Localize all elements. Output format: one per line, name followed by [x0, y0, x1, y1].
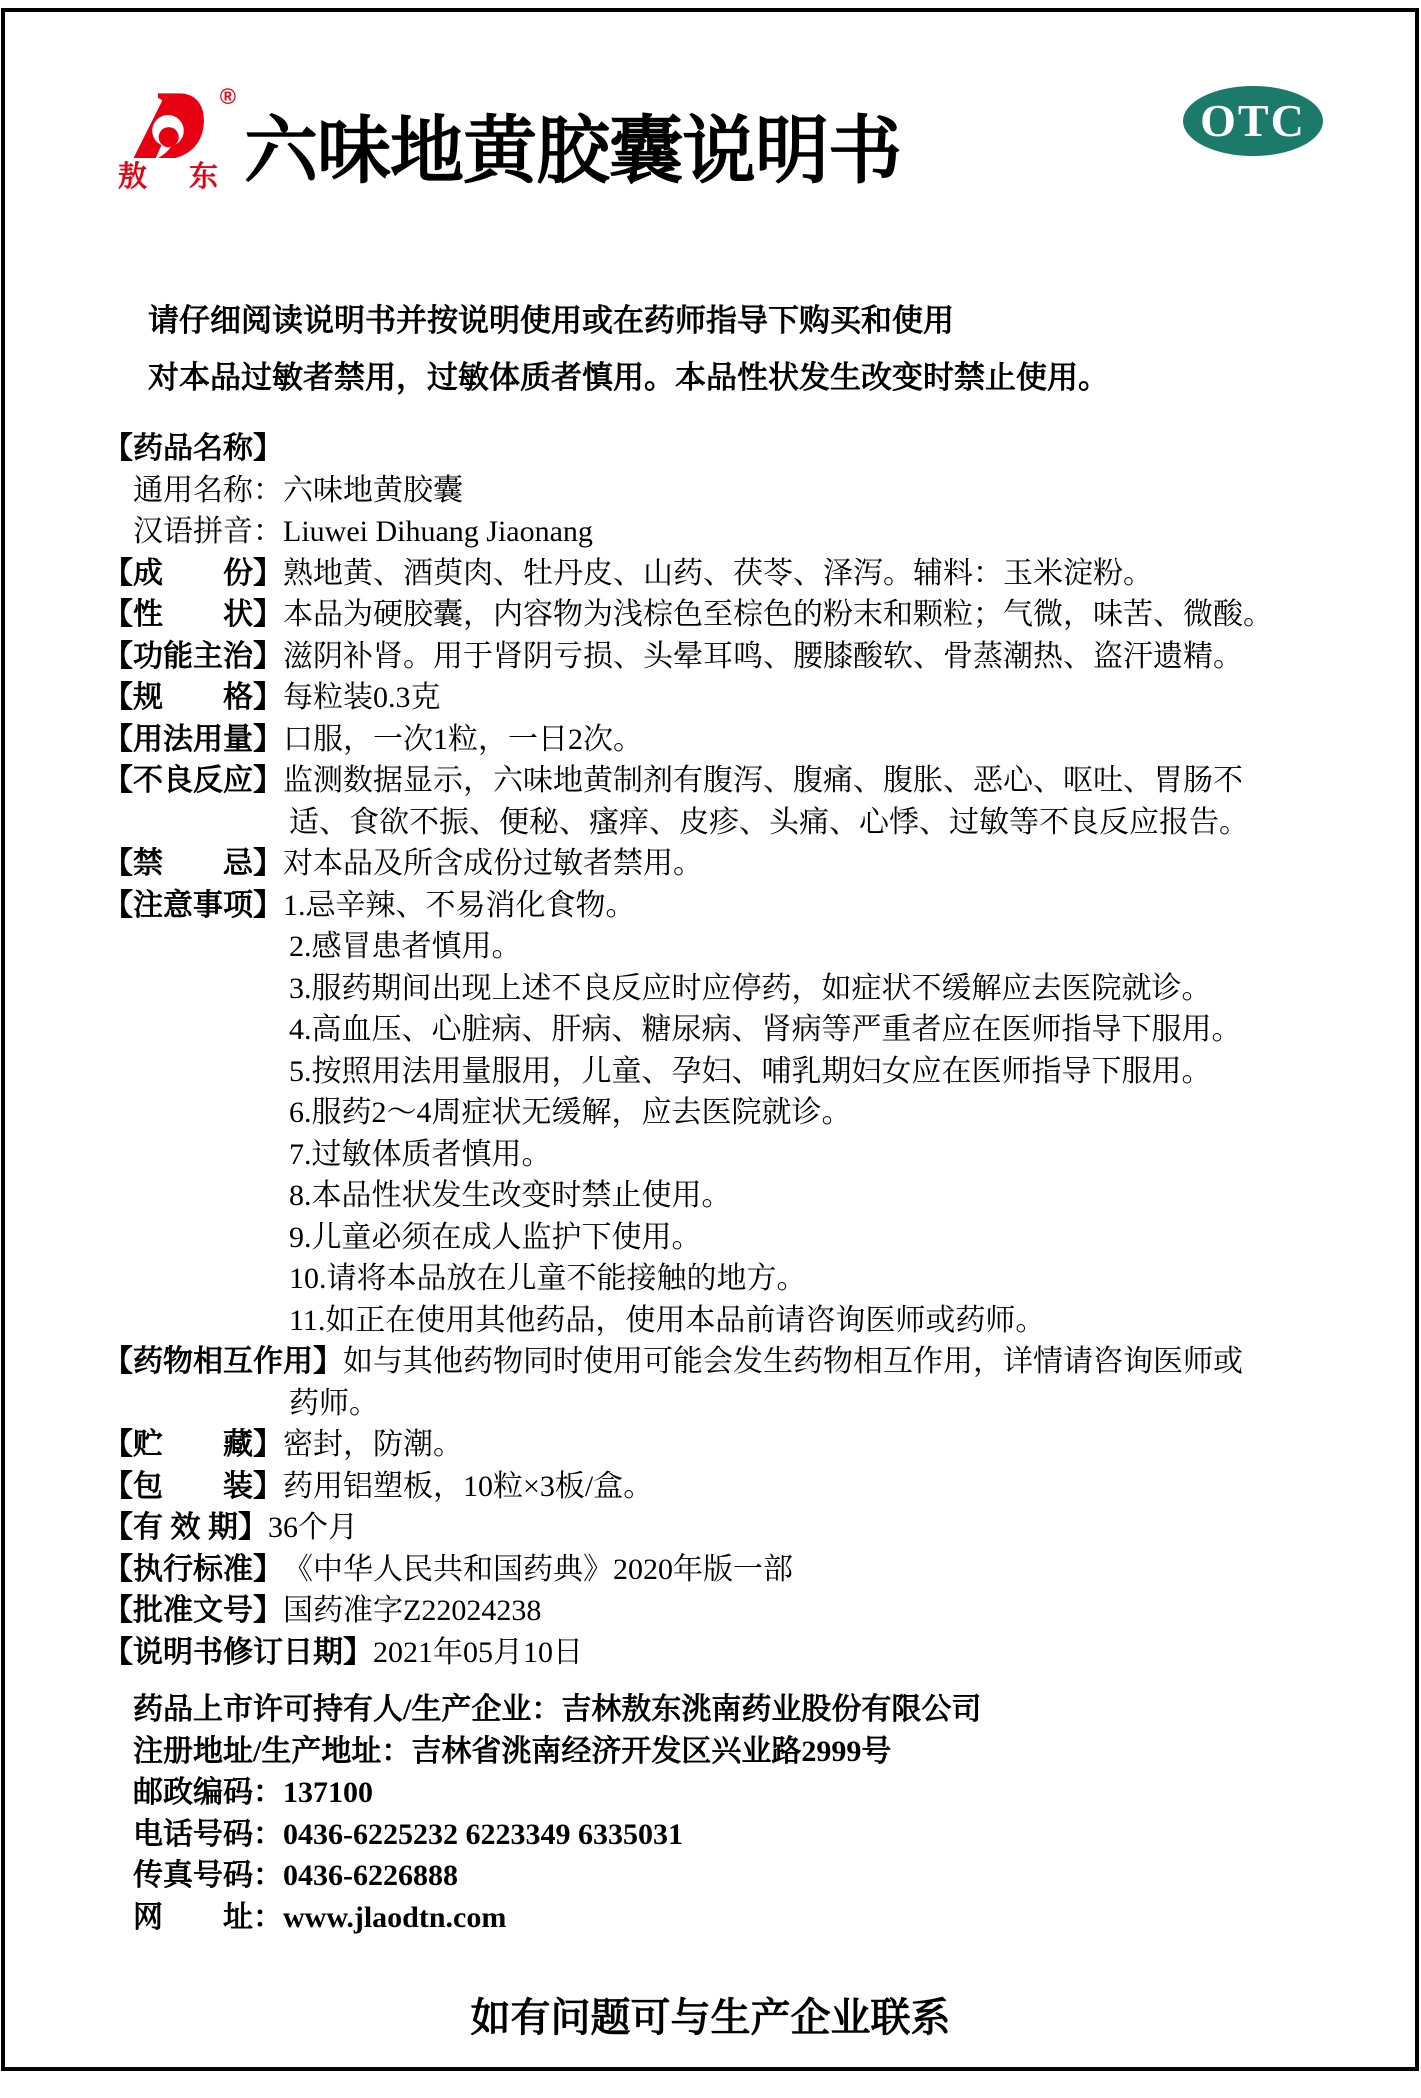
manufacturer-phone: 电话号码：0436-6225232 6223349 6335031	[133, 1814, 1381, 1856]
section-label: 【注意事项】	[103, 885, 283, 927]
precaution-item: 2.感冒患者慎用。	[289, 926, 1381, 968]
section-text: 本品为硬胶囊，内容物为浅棕色至棕色的粉末和颗粒；气微，味苦、微酸。	[283, 594, 1273, 636]
section-label: 【批准文号】	[103, 1590, 283, 1632]
section-text-continued: 药师。	[289, 1383, 1381, 1425]
precaution-item: 7.过敏体质者慎用。	[289, 1134, 1381, 1176]
section-text: 熟地黄、酒萸肉、牡丹皮、山药、茯苓、泽泻。辅料：玉米淀粉。	[283, 553, 1153, 595]
precaution-item: 11.如正在使用其他药品，使用本品前请咨询医师或药师。	[289, 1300, 1381, 1342]
manufacturer-info: 药品上市许可持有人/生产企业：吉林敖东洮南药业股份有限公司 注册地址/生产地址：…	[103, 1689, 1381, 1938]
section-functions: 【功能主治】 滋阴补肾。用于肾阴亏损、头晕耳鸣、腰膝酸软、骨蒸潮热、盗汗遗精。	[103, 636, 1381, 678]
section-label: 【药物相互作用】	[103, 1341, 343, 1383]
section-text: 如与其他药物同时使用可能会发生药物相互作用，详情请咨询医师或	[343, 1341, 1243, 1383]
section-text: 口服，一次1粒，一日2次。	[283, 719, 643, 761]
section-label: 【执行标准】	[103, 1549, 283, 1591]
aodong-monogram-icon	[118, 92, 218, 158]
section-approval-number: 【批准文号】 国药准字Z22024238	[103, 1590, 1381, 1632]
section-text: 每粒装0.3克	[283, 677, 441, 719]
section-adverse-reactions: 【不良反应】 监测数据显示，六味地黄制剂有腹泻、腹痛、腹胀、恶心、呕吐、胃肠不	[103, 760, 1381, 802]
manufacturer-holder: 药品上市许可持有人/生产企业：吉林敖东洮南药业股份有限公司	[133, 1689, 1381, 1731]
generic-name: 通用名称：六味地黄胶囊	[133, 470, 1381, 512]
section-label: 【功能主治】	[103, 636, 283, 678]
section-text: 药用铝塑板，10粒×3板/盒。	[283, 1466, 653, 1508]
section-dosage: 【用法用量】 口服，一次1粒，一日2次。	[103, 719, 1381, 761]
section-text: 密封，防潮。	[283, 1424, 463, 1466]
section-interactions: 【药物相互作用】 如与其他药物同时使用可能会发生药物相互作用，详情请咨询医师或	[103, 1341, 1381, 1383]
section-label: 【药品名称】	[103, 428, 283, 470]
section-label: 【规 格】	[103, 677, 283, 719]
section-text: 《中华人民共和国药典》2020年版一部	[283, 1549, 793, 1591]
usage-notice-line2: 对本品过敏者禁用，过敏体质者慎用。本品性状发生改变时禁止使用。	[148, 349, 1109, 406]
section-label: 【不良反应】	[103, 760, 283, 802]
manufacturer-website: 网 址：www.jlaodtn.com	[133, 1897, 1381, 1939]
section-storage: 【贮 藏】 密封，防潮。	[103, 1424, 1381, 1466]
section-label: 【贮 藏】	[103, 1424, 283, 1466]
section-properties: 【性 状】 本品为硬胶囊，内容物为浅棕色至棕色的粉末和颗粒；气微，味苦、微酸。	[103, 594, 1381, 636]
otc-badge: OTC	[1183, 86, 1323, 156]
footer-contact-note: 如有问题可与生产企业联系	[0, 1986, 1421, 2043]
precaution-item: 10.请将本品放在儿童不能接触的地方。	[289, 1258, 1381, 1300]
section-text: 36个月	[268, 1507, 358, 1549]
section-text-continued: 适、食欲不振、便秘、瘙痒、皮疹、头痛、心悸、过敏等不良反应报告。	[289, 802, 1381, 844]
section-label: 【用法用量】	[103, 719, 283, 761]
manufacturer-address: 注册地址/生产地址：吉林省洮南经济开发区兴业路2999号	[133, 1731, 1381, 1773]
leaflet-page: ® 敖 东 六味地黄胶囊说明书 OTC 请仔细阅读说明书并按说明使用或在药师指导…	[0, 0, 1421, 2098]
precaution-item: 6.服药2～4周症状无缓解，应去医院就诊。	[289, 1092, 1381, 1134]
aodong-logo: ® 敖 东	[118, 92, 236, 192]
precaution-item: 5.按照用法用量服用，儿童、孕妇、哺乳期妇女应在医师指导下服用。	[289, 1051, 1381, 1093]
brand-name: 敖 东	[118, 163, 218, 192]
usage-notice: 请仔细阅读说明书并按说明使用或在药师指导下购买和使用 对本品过敏者禁用，过敏体质…	[148, 292, 1109, 406]
registered-trademark-icon: ®	[220, 84, 236, 110]
manufacturer-fax: 传真号码：0436-6226888	[133, 1855, 1381, 1897]
brand-name-left: 敖	[118, 163, 147, 192]
page-title: 六味地黄胶囊说明书	[244, 96, 901, 206]
section-specification: 【规 格】 每粒装0.3克	[103, 677, 1381, 719]
section-text: 对本品及所含成份过敏者禁用。	[283, 843, 703, 885]
section-precautions: 【注意事项】 1.忌辛辣、不易消化食物。	[103, 885, 1381, 927]
usage-notice-line1: 请仔细阅读说明书并按说明使用或在药师指导下购买和使用	[148, 292, 1109, 349]
section-text: 2021年05月10日	[373, 1632, 583, 1674]
section-label: 【性 状】	[103, 594, 283, 636]
section-contraindications: 【禁 忌】 对本品及所含成份过敏者禁用。	[103, 843, 1381, 885]
precaution-item: 4.高血压、心脏病、肝病、糖尿病、肾病等严重者应在医师指导下服用。	[289, 1009, 1381, 1051]
section-packaging: 【包 装】 药用铝塑板，10粒×3板/盒。	[103, 1466, 1381, 1508]
section-drug-name: 【药品名称】	[103, 428, 1381, 470]
pinyin-name: 汉语拼音：Liuwei Dihuang Jiaonang	[133, 511, 1381, 553]
leaflet-body: 【药品名称】 通用名称：六味地黄胶囊 汉语拼音：Liuwei Dihuang J…	[103, 428, 1381, 1938]
precaution-item: 3.服药期间出现上述不良反应时应停药，如症状不缓解应去医院就诊。	[289, 968, 1381, 1010]
section-validity: 【有 效 期】 36个月	[103, 1507, 1381, 1549]
section-text: 国药准字Z22024238	[283, 1590, 541, 1632]
precaution-item: 1.忌辛辣、不易消化食物。	[283, 885, 636, 927]
section-label: 【禁 忌】	[103, 843, 283, 885]
section-text: 滋阴补肾。用于肾阴亏损、头晕耳鸣、腰膝酸软、骨蒸潮热、盗汗遗精。	[283, 636, 1243, 678]
section-label: 【有 效 期】	[103, 1507, 268, 1549]
precaution-item: 9.儿童必须在成人监护下使用。	[289, 1217, 1381, 1259]
manufacturer-postcode: 邮政编码：137100	[133, 1772, 1381, 1814]
section-label: 【成 份】	[103, 553, 283, 595]
section-standard: 【执行标准】 《中华人民共和国药典》2020年版一部	[103, 1549, 1381, 1591]
section-label: 【包 装】	[103, 1466, 283, 1508]
precaution-item: 8.本品性状发生改变时禁止使用。	[289, 1175, 1381, 1217]
section-text: 监测数据显示，六味地黄制剂有腹泻、腹痛、腹胀、恶心、呕吐、胃肠不	[283, 760, 1243, 802]
brand-name-right: 东	[189, 163, 218, 192]
section-revision-date: 【说明书修订日期】 2021年05月10日	[103, 1632, 1381, 1674]
aodong-logo-icon: ®	[118, 92, 218, 158]
section-label: 【说明书修订日期】	[103, 1632, 373, 1674]
section-ingredients: 【成 份】 熟地黄、酒萸肉、牡丹皮、山药、茯苓、泽泻。辅料：玉米淀粉。	[103, 553, 1381, 595]
